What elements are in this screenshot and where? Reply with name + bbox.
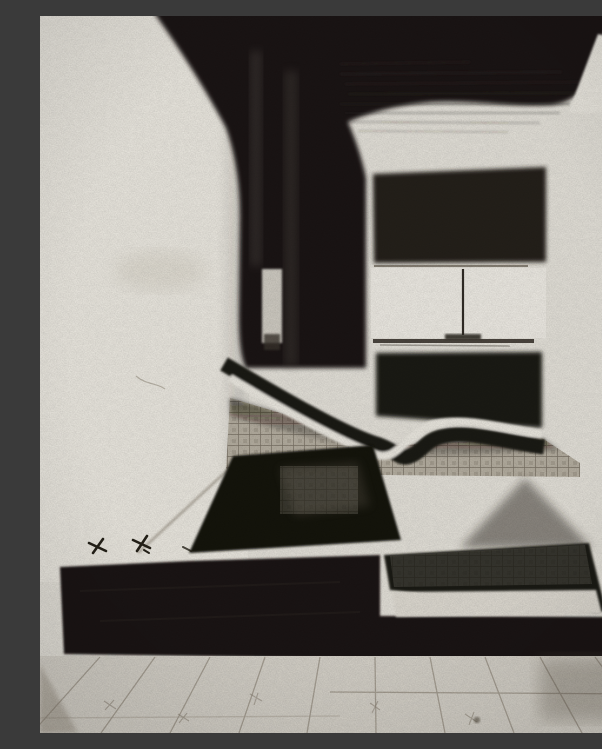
photo-canvas <box>40 16 602 733</box>
photograph: Interior view: sunken bath, wavy tiled c… <box>40 16 602 733</box>
vignette <box>40 16 602 733</box>
